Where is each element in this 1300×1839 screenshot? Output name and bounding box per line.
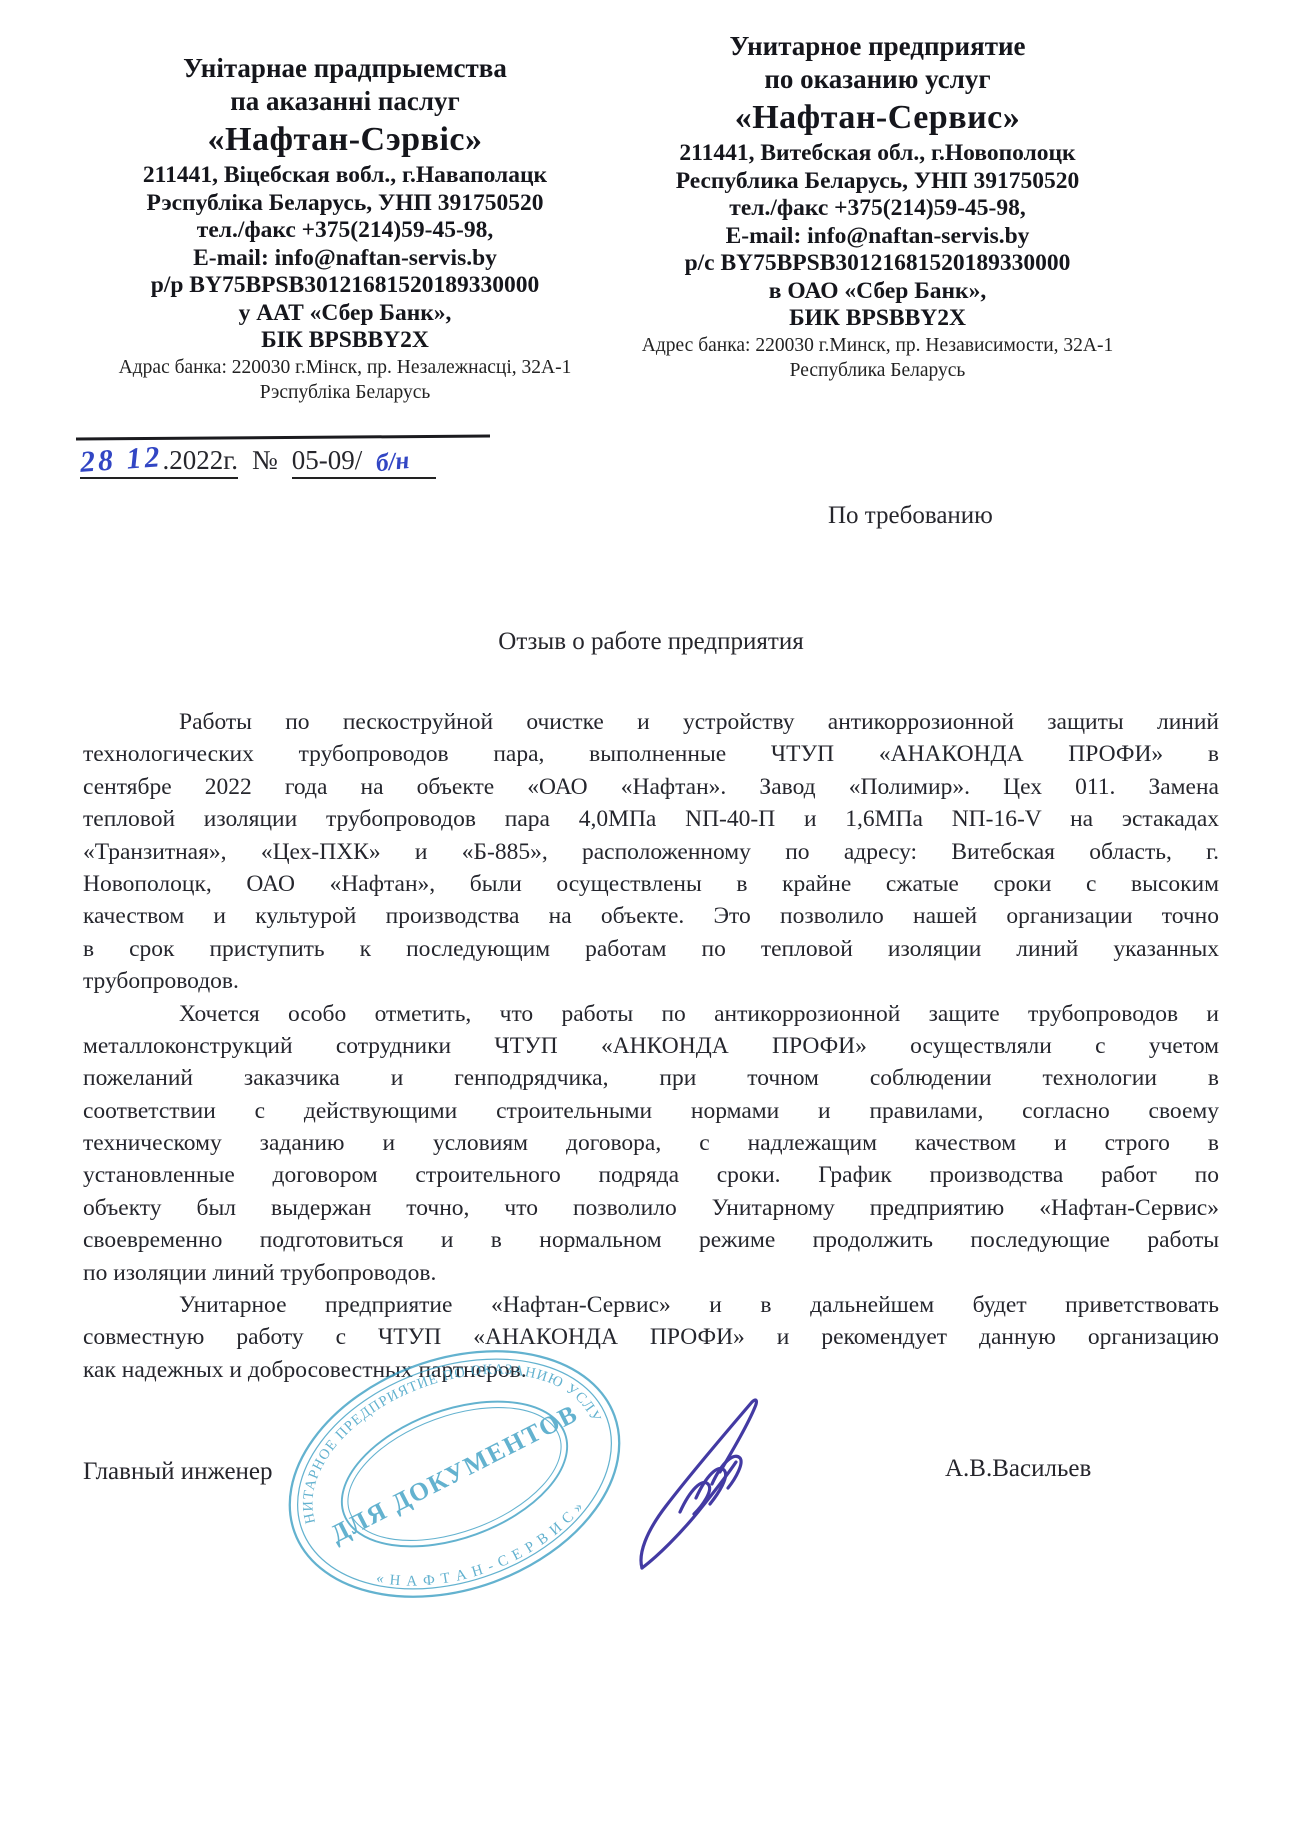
outgoing-number: 05-09/: [292, 445, 363, 475]
org-detail-line: р/с BY75BPSB30121681520189330000: [605, 250, 1150, 278]
body-line: совместную работу с ЧТУП «АНАКОНДА ПРОФИ…: [83, 1321, 1219, 1353]
org-type-line: па аказанні паслуг: [85, 85, 605, 118]
bank-address-line: Рэспубліка Беларусь: [85, 380, 605, 405]
org-detail-line: в ОАО «Сбер Банк»,: [605, 278, 1150, 306]
letter-body: Работы по пескоструйной очистке и устрой…: [83, 706, 1219, 1386]
org-name: «Нафтан-Сэрвіс»: [85, 118, 605, 162]
addressee: По требованию: [828, 502, 993, 530]
org-type-lines: Унітарнае прадпрыемствапа аказанні паслу…: [85, 52, 605, 118]
signatory-name: А.В.Васильев: [945, 1455, 1091, 1483]
org-detail-line: Рэспубліка Беларусь, УНП 391750520: [85, 190, 605, 218]
body-line: тепловой изоляции трубопроводов пара 4,0…: [83, 803, 1219, 835]
org-detail-line: тел./факс +375(214)59-45-98,: [605, 195, 1150, 223]
number-group: 05-09/б/н: [292, 445, 436, 479]
org-details: 211441, Витебская обл., г.НовополоцкРесп…: [605, 140, 1150, 333]
org-name: «Нафтан-Сервис»: [605, 96, 1150, 140]
horizontal-rule: [76, 435, 490, 441]
body-line: своевременно подготовиться и в нормально…: [83, 1224, 1219, 1256]
printed-year: .2022г.: [163, 445, 239, 475]
body-line: «Транзитная», «Цех-ПХК» и «Б-885», распо…: [83, 836, 1219, 868]
body-line: Унитарное предприятие «Нафтан-Сервис» и …: [83, 1289, 1219, 1321]
handwritten-signature: [636, 1396, 811, 1576]
body-line: в срок приступить к последующим работам …: [83, 933, 1219, 965]
letterhead-right: Унитарное предприятиепо оказанию услуг «…: [605, 30, 1150, 383]
body-line: по изоляции линий трубопроводов.: [83, 1257, 1219, 1289]
org-detail-line: у ААТ «Сбер Банк»,: [85, 300, 605, 328]
body-line: как надежных и добросовестных партнеров.: [83, 1354, 1219, 1386]
org-detail-line: E-mail: info@naftan-servis.by: [85, 245, 605, 273]
org-detail-line: БИК BPSBBY2X: [605, 305, 1150, 333]
body-line: Новополоцк, ОАО «Нафтан», были осуществл…: [83, 868, 1219, 900]
date-group: 28 12.2022г.: [80, 445, 238, 479]
body-line: Хочется особо отметить, что работы по ан…: [83, 998, 1219, 1030]
body-line: сентябре 2022 года на объекте «ОАО «Нафт…: [83, 771, 1219, 803]
body-line: объекту был выдержан точно, что позволил…: [83, 1192, 1219, 1224]
org-type-line: Унітарнае прадпрыемства: [85, 52, 605, 85]
handwritten-number: б/н: [361, 444, 437, 480]
body-line: техническому заданию и условиям договора…: [83, 1127, 1219, 1159]
org-type-line: Унитарное предприятие: [605, 30, 1150, 63]
body-line: трубопроводов.: [83, 965, 1219, 997]
org-detail-line: тел./факс +375(214)59-45-98,: [85, 217, 605, 245]
signature-icon: [636, 1396, 811, 1576]
date-and-number-line: 28 12.2022г.№05-09/б/н: [80, 443, 436, 477]
bank-address-line: Республика Беларусь: [605, 358, 1150, 383]
org-detail-line: 211441, Витебская обл., г.Новополоцк: [605, 140, 1150, 168]
bank-address-line: Адрас банка: 220030 г.Мінск, пр. Незалеж…: [85, 355, 605, 380]
body-line: установленные договором строительного по…: [83, 1159, 1219, 1191]
scanned-letter-page: Унітарнае прадпрыемствапа аказанні паслу…: [0, 0, 1300, 1839]
org-detail-line: 211441, Віцебская вобл., г.Наваполацк: [85, 162, 605, 190]
handwritten-date: 28 12: [79, 440, 164, 480]
org-detail-line: БІК BPSBBY2X: [85, 327, 605, 355]
body-line: технологических трубопроводов пара, выпо…: [83, 738, 1219, 770]
bank-address: Адрес банка: 220030 г.Минск, пр. Независ…: [605, 333, 1150, 383]
body-line: соответствии с действующими строительным…: [83, 1095, 1219, 1127]
org-type-lines: Унитарное предприятиепо оказанию услуг: [605, 30, 1150, 96]
body-line: пожеланий заказчика и генподрядчика, при…: [83, 1062, 1219, 1094]
number-sign: №: [252, 445, 278, 475]
bank-address: Адрас банка: 220030 г.Мінск, пр. Незалеж…: [85, 355, 605, 405]
org-details: 211441, Віцебская вобл., г.НаваполацкРэс…: [85, 162, 605, 355]
body-line: Работы по пескоструйной очистке и устрой…: [83, 706, 1219, 738]
org-detail-line: р/р BY75BPSB30121681520189330000: [85, 272, 605, 300]
body-line: металлоконструкций сотрудники ЧТУП «АНКО…: [83, 1030, 1219, 1062]
letterhead-left: Унітарнае прадпрыемствапа аказанні паслу…: [85, 52, 605, 405]
body-line: качеством и культурой производства на об…: [83, 900, 1219, 932]
bank-address-line: Адрес банка: 220030 г.Минск, пр. Независ…: [605, 333, 1150, 358]
document-title: Отзыв о работе предприятия: [83, 628, 1219, 656]
org-detail-line: E-mail: info@naftan-servis.by: [605, 223, 1150, 251]
org-detail-line: Республика Беларусь, УНП 391750520: [605, 168, 1150, 196]
org-type-line: по оказанию услуг: [605, 63, 1150, 96]
